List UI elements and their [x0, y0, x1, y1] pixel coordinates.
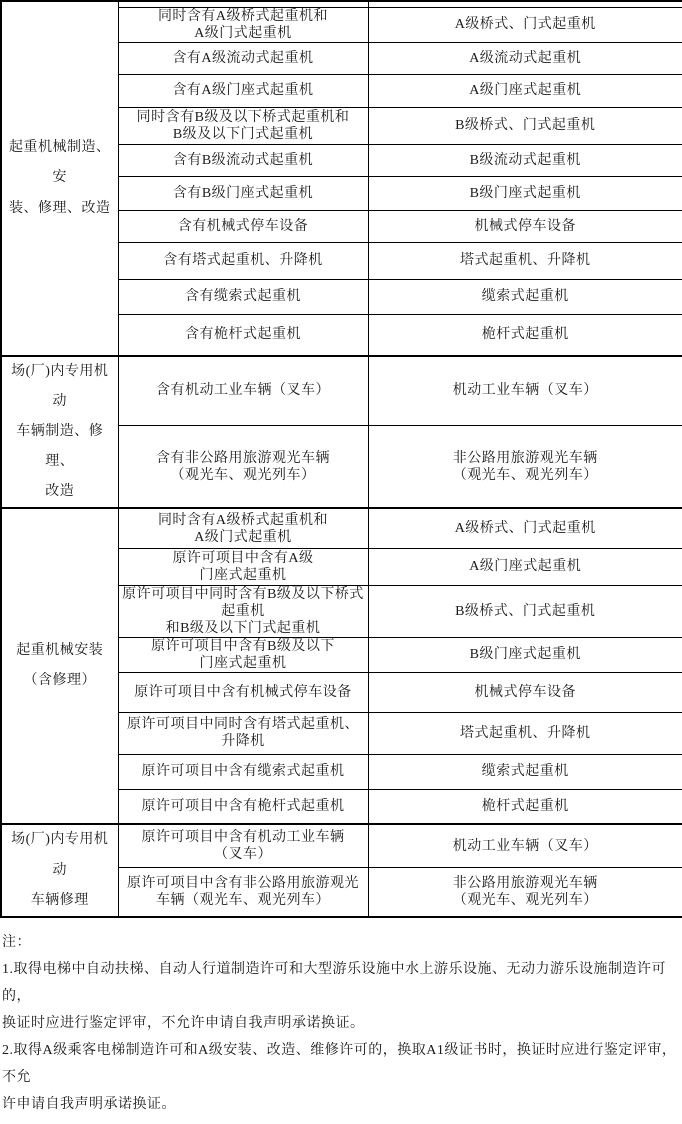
condition-cell: 原许可项目中含有桅杆式起重机: [118, 789, 368, 824]
category-cell: 起重机械制造、安 装、修理、改造: [1, 1, 118, 356]
condition-cell: 原许可项目中同时含有塔式起重机、 升降机: [118, 712, 368, 754]
result-cell: 非公路用旅游观光车辆 （观光车、观光列车）: [368, 425, 682, 508]
result-cell: 机动工业车辆（叉车）: [368, 824, 682, 867]
category-cell: 起重机械安装 （含修理）: [1, 508, 118, 824]
result-cell: B级流动式起重机: [368, 144, 682, 176]
notes: 注： 1.取得电梯中自动扶梯、自动人行道制造许可和大型游乐设施中水上游乐设施、无…: [0, 918, 682, 1124]
document-page: 起重机械制造、安 装、修理、改造同时含有A级桥式起重机和 A级门式起重机A级桥式…: [0, 0, 682, 1124]
table-row: 场(厂)内专用机动 车辆修理原许可项目中含有机动工业车辆 （叉车）机动工业车辆（…: [1, 824, 682, 867]
result-cell: 桅杆式起重机: [368, 789, 682, 824]
condition-cell: 含有塔式起重机、升降机: [118, 242, 368, 279]
condition-cell: 原许可项目中含有A级 门座式起重机: [118, 548, 368, 585]
result-cell: 缆索式起重机: [368, 279, 682, 314]
result-cell: 缆索式起重机: [368, 754, 682, 789]
condition-cell: 原许可项目中含有缆索式起重机: [118, 754, 368, 789]
result-cell: A级桥式、门式起重机: [368, 508, 682, 548]
condition-cell: 含有A级门座式起重机: [118, 74, 368, 107]
result-cell: 机械式停车设备: [368, 210, 682, 242]
condition-cell: 含有缆索式起重机: [118, 279, 368, 314]
result-cell: 机动工业车辆（叉车）: [368, 356, 682, 425]
condition-cell: 原许可项目中含有机械式停车设备: [118, 672, 368, 712]
category-cell: 场(厂)内专用机动 车辆制造、修理、 改造: [1, 356, 118, 508]
condition-cell: 含有A级流动式起重机: [118, 42, 368, 74]
condition-cell: 含有桅杆式起重机: [118, 314, 368, 356]
result-cell: A级桥式、门式起重机: [368, 7, 682, 42]
result-cell: 塔式起重机、升降机: [368, 242, 682, 279]
result-cell: B级桥式、门式起重机: [368, 585, 682, 637]
notes-list: 1.取得电梯中自动扶梯、自动人行道制造许可和大型游乐设施中水上游乐设施、无动力游…: [2, 956, 680, 1118]
result-cell: 塔式起重机、升降机: [368, 712, 682, 754]
result-cell: B级门座式起重机: [368, 176, 682, 210]
result-cell: 非公路用旅游观光车辆 （观光车、观光列车）: [368, 868, 682, 917]
condition-cell: 含有机械式停车设备: [118, 210, 368, 242]
license-table: 起重机械制造、安 装、修理、改造同时含有A级桥式起重机和 A级门式起重机A级桥式…: [0, 0, 682, 918]
condition-cell: 同时含有B级及以下桥式起重机和 B级及以下门式起重机: [118, 107, 368, 144]
result-cell: B级门座式起重机: [368, 637, 682, 672]
condition-cell: 含有非公路用旅游观光车辆 （观光车、观光列车）: [118, 425, 368, 508]
result-cell: A级门座式起重机: [368, 548, 682, 585]
result-cell: 机械式停车设备: [368, 672, 682, 712]
result-cell: 桅杆式起重机: [368, 314, 682, 356]
condition-cell: 含有B级门座式起重机: [118, 176, 368, 210]
result-cell: B级桥式、门式起重机: [368, 107, 682, 144]
condition-cell: 原许可项目中含有非公路用旅游观光 车辆（观光车、观光列车）: [118, 868, 368, 917]
license-table-body: 起重机械制造、安 装、修理、改造同时含有A级桥式起重机和 A级门式起重机A级桥式…: [1, 1, 682, 917]
category-cell: 场(厂)内专用机动 车辆修理: [1, 824, 118, 916]
condition-cell: 原许可项目中含有机动工业车辆 （叉车）: [118, 824, 368, 867]
table-row: 场(厂)内专用机动 车辆制造、修理、 改造含有机动工业车辆（叉车）机动工业车辆（…: [1, 356, 682, 425]
result-cell: A级流动式起重机: [368, 42, 682, 74]
condition-cell: 含有B级流动式起重机: [118, 144, 368, 176]
table-row: 起重机械安装 （含修理）同时含有A级桥式起重机和 A级门式起重机A级桥式、门式起…: [1, 508, 682, 548]
condition-cell: 含有机动工业车辆（叉车）: [118, 356, 368, 425]
note-item: 2.取得A级乘客电梯制造许可和A级安装、改造、维修许可的，换取A1级证书时，换证…: [2, 1037, 680, 1118]
condition-cell: 原许可项目中同时含有B级及以下桥式 起重机 和B级及以下门式起重机: [118, 585, 368, 637]
condition-cell: 同时含有A级桥式起重机和 A级门式起重机: [118, 7, 368, 42]
result-cell: A级门座式起重机: [368, 74, 682, 107]
note-item: 1.取得电梯中自动扶梯、自动人行道制造许可和大型游乐设施中水上游乐设施、无动力游…: [2, 956, 680, 1037]
notes-label: 注：: [2, 930, 680, 956]
condition-cell: 同时含有A级桥式起重机和 A级门式起重机: [118, 508, 368, 548]
condition-cell: 原许可项目中含有B级及以下 门座式起重机: [118, 637, 368, 672]
